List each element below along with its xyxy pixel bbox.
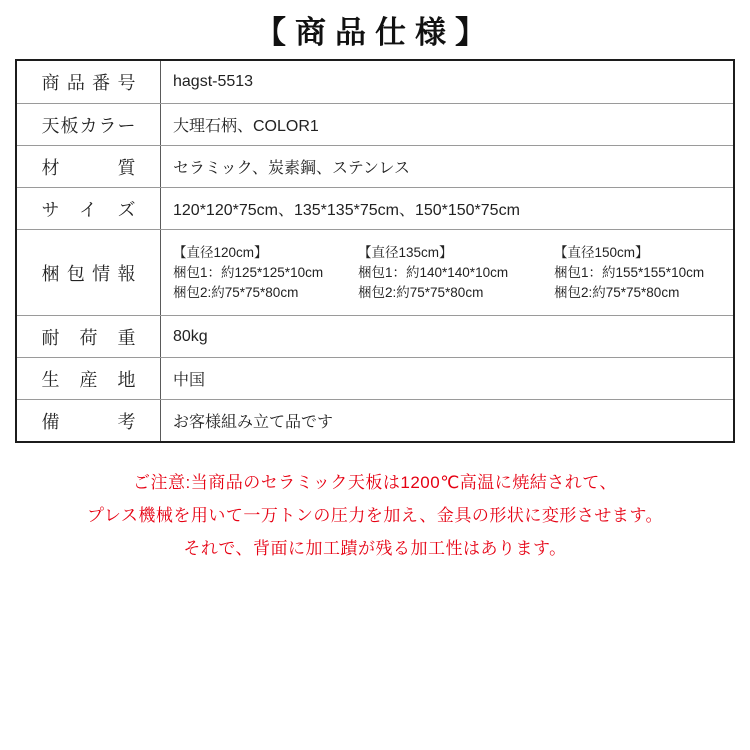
packing-line-2: 梱包2:約75*75*80cm bbox=[358, 283, 554, 303]
row-value: hagst-5513 bbox=[161, 61, 733, 103]
packing-columns: 【直径120cm】 梱包1：約125*125*10cm 梱包2:約75*75*8… bbox=[173, 243, 725, 303]
packing-line-2: 梱包2:約75*75*80cm bbox=[554, 283, 725, 303]
row-label: 生産地 bbox=[42, 366, 136, 392]
packing-header: 【直径120cm】 bbox=[173, 243, 358, 263]
row-label-cell: 材質 bbox=[17, 146, 161, 187]
packing-column-150: 【直径150cm】 梱包1：約155*155*10cm 梱包2:約75*75*8… bbox=[554, 243, 725, 303]
table-row-origin: 生産地 中国 bbox=[17, 357, 733, 399]
page-title: 【商品仕様】 bbox=[0, 0, 750, 56]
caution-notice: ご注意:当商品のセラミック天板は1200℃高温に焼結されて、 プレス機械を用いて… bbox=[0, 466, 750, 565]
row-value: 大理石柄、COLOR1 bbox=[161, 104, 733, 145]
packing-column-135: 【直径135cm】 梱包1：約140*140*10cm 梱包2:約75*75*8… bbox=[358, 243, 554, 303]
notice-line-3: それで、背面に加工蹟が残る加工性はあります。 bbox=[0, 532, 750, 565]
spec-table: 商品番号 hagst-5513 天板カラー 大理石柄、COLOR1 材質 セラミ… bbox=[15, 59, 735, 443]
row-label: 備考 bbox=[42, 408, 136, 434]
table-row-remarks: 備考 お客様組み立て品です bbox=[17, 399, 733, 441]
row-label: 梱包情報 bbox=[42, 260, 136, 286]
row-label: サイズ bbox=[42, 196, 136, 222]
packing-column-120: 【直径120cm】 梱包1：約125*125*10cm 梱包2:約75*75*8… bbox=[173, 243, 358, 303]
packing-header: 【直径150cm】 bbox=[554, 243, 725, 263]
row-label: 材質 bbox=[42, 154, 136, 180]
row-label-cell: サイズ bbox=[17, 188, 161, 229]
packing-line-1: 梱包1：約155*155*10cm bbox=[554, 263, 725, 283]
row-label-cell: 生産地 bbox=[17, 358, 161, 399]
row-value: セラミック、炭素鋼、ステンレス bbox=[161, 146, 733, 187]
notice-line-1: ご注意:当商品のセラミック天板は1200℃高温に焼結されて、 bbox=[0, 466, 750, 499]
row-value: お客様組み立て品です bbox=[161, 400, 733, 441]
row-label-cell: 天板カラー bbox=[17, 104, 161, 145]
row-label-cell: 備考 bbox=[17, 400, 161, 441]
row-label: 商品番号 bbox=[42, 69, 136, 95]
row-label-cell: 耐荷重 bbox=[17, 316, 161, 357]
product-spec-page: 【商品仕様】 商品番号 hagst-5513 天板カラー 大理石柄、COLOR1… bbox=[0, 0, 750, 750]
packing-line-1: 梱包1：約125*125*10cm bbox=[173, 263, 358, 283]
row-value: 中国 bbox=[161, 358, 733, 399]
row-label: 耐荷重 bbox=[42, 324, 136, 350]
notice-line-2: プレス機械を用いて一万トンの圧力を加え、金具の形状に変形させます。 bbox=[0, 499, 750, 532]
row-value: 120*120*75cm、135*135*75cm、150*150*75cm bbox=[161, 188, 733, 229]
row-value: 80kg bbox=[161, 316, 733, 357]
row-label-cell: 梱包情報 bbox=[17, 230, 161, 315]
packing-line-2: 梱包2:約75*75*80cm bbox=[173, 283, 358, 303]
table-row-packing-info: 梱包情報 【直径120cm】 梱包1：約125*125*10cm 梱包2:約75… bbox=[17, 229, 733, 315]
packing-header: 【直径135cm】 bbox=[358, 243, 554, 263]
row-label: 天板カラー bbox=[42, 112, 136, 138]
table-row-load-capacity: 耐荷重 80kg bbox=[17, 315, 733, 357]
packing-line-1: 梱包1：約140*140*10cm bbox=[358, 263, 554, 283]
row-value-packing: 【直径120cm】 梱包1：約125*125*10cm 梱包2:約75*75*8… bbox=[161, 230, 733, 315]
table-row-size: サイズ 120*120*75cm、135*135*75cm、150*150*75… bbox=[17, 187, 733, 229]
table-row-top-color: 天板カラー 大理石柄、COLOR1 bbox=[17, 103, 733, 145]
table-row-item-number: 商品番号 hagst-5513 bbox=[17, 61, 733, 103]
table-row-material: 材質 セラミック、炭素鋼、ステンレス bbox=[17, 145, 733, 187]
row-label-cell: 商品番号 bbox=[17, 61, 161, 103]
